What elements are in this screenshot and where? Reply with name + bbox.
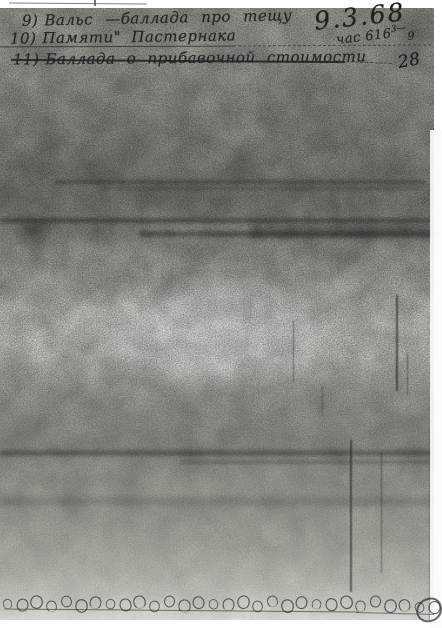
counter-tail: 9 [407,29,416,43]
binding-hole [88,595,103,610]
binding-hole [15,597,29,612]
item-text: Памяти" Пастернака [42,26,236,47]
item-number: 10) [10,29,37,47]
note-line-2: 10)Памяти" Пастернака [10,26,236,47]
binding-hole [118,597,132,612]
binding-hole [383,598,398,614]
binding-hole [208,599,219,611]
page-number: 28 [396,49,422,73]
binding-hole [295,595,309,610]
binding-hole [3,599,12,609]
top-edge-line [9,3,147,5]
scanned-page: 9)Вальс —баллада про тещу 10)Памяти" Пас… [0,0,442,628]
item-number: 9) [22,11,39,29]
counter-superscript: 3— [390,23,406,35]
grain-noise-light-overlay [0,8,434,620]
binding-holes-row [2,598,440,620]
binding-hole [45,600,58,613]
binding-hole [74,599,87,613]
scan-texture [0,8,434,620]
paper-right-margin [430,130,442,628]
binding-hole [311,598,323,610]
item-text: Баллада о прибавочной стоимости [45,47,366,68]
binding-hole [325,598,338,612]
binding-hole [398,598,411,612]
binding-hole [192,595,206,610]
binding-hole [252,600,263,612]
note-line-3-struck: 11)Баллада о прибавочной стоимости [13,47,367,68]
binding-hole [355,600,366,612]
binding-hole [221,597,235,612]
top-edge-tick [94,0,96,6]
binding-hole [105,599,115,610]
binding-hole [178,599,191,613]
binding-hole [280,599,294,614]
binding-hole [149,600,161,613]
